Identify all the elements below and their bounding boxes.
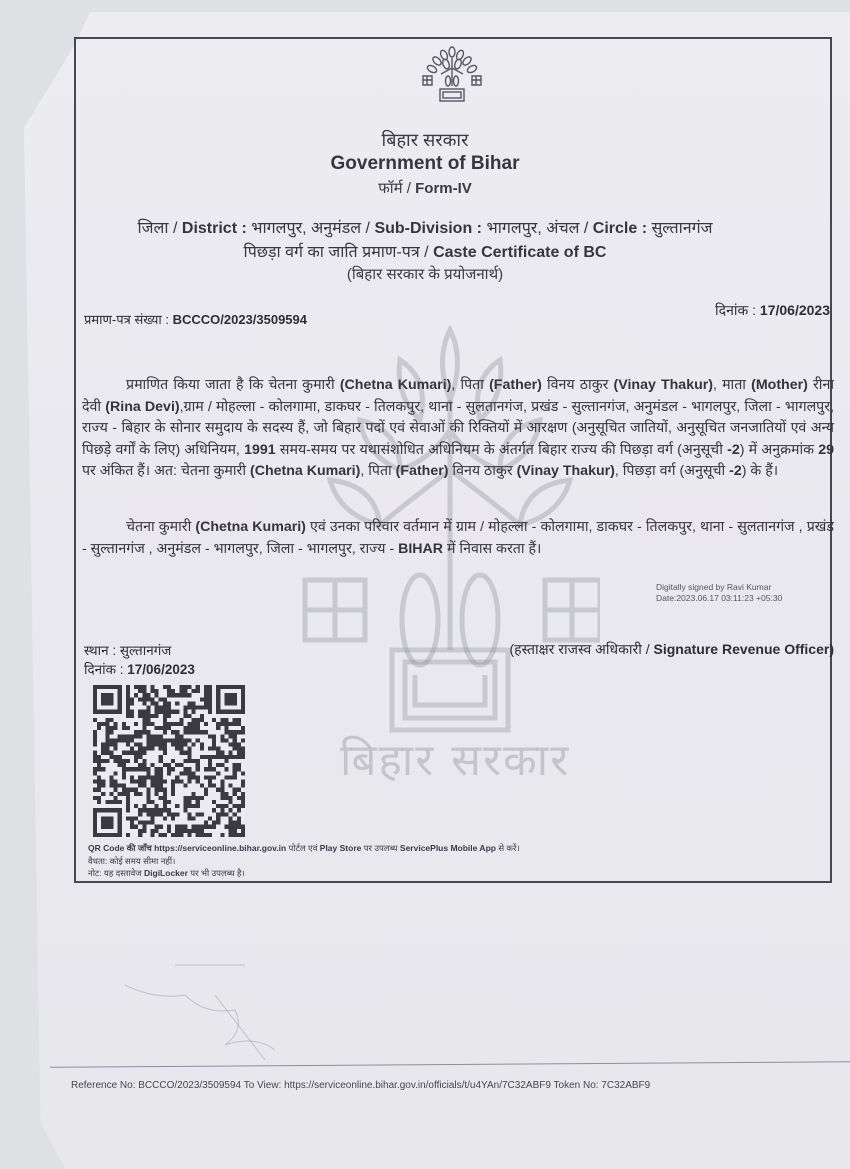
text-segment: पर अंकित हैं। अत: चेतना कुमारी (82, 463, 250, 479)
text-segment: 1991 (244, 442, 276, 458)
text-segment: BIHAR (398, 541, 443, 557)
text-segment: चेतना कुमारी (126, 519, 195, 535)
watermark-text: बिहार सरकार (340, 728, 570, 788)
digilocker-note-part: DigiLocker (144, 868, 188, 878)
qr-code-icon[interactable] (93, 685, 245, 837)
verification-notes: QR Code की जाँच https://serviceonline.bi… (88, 842, 520, 880)
text-segment: में निवास करता हैं। (443, 541, 541, 557)
digital-signature-signer: Digitally signed by Ravi Kumar (656, 582, 782, 593)
subdivision-label-hindi: अनुमंडल / (311, 220, 374, 237)
text-segment: -2 (727, 442, 740, 458)
reference-line: Reference No: BCCCO/2023/3509594 To View… (71, 1080, 650, 1091)
subdivision-label: Sub-Division : (374, 220, 482, 237)
issue-date-value: 17/06/2023 (127, 662, 195, 677)
place-line: स्थान : सुल्तानगंज (84, 641, 195, 660)
certificate-number-value: BCCCO/2023/3509594 (173, 312, 307, 327)
circle-value: सुल्तानगंज (647, 220, 712, 237)
digital-signature: Digitally signed by Ravi Kumar Date:2023… (656, 582, 782, 604)
issue-date-label: दिनांक : (84, 662, 127, 677)
certificate-number-label: प्रमाण-पत्र संख्या : (84, 312, 173, 327)
text-segment: (Chetna Kumari) (195, 519, 306, 535)
text-segment: (Mother) (751, 377, 808, 393)
title-hindi: पिछड़ा वर्ग का जाति प्रमाण-पत्र / (244, 244, 434, 261)
qr-note-part: से करें। (496, 843, 520, 853)
pencil-scribble (115, 955, 305, 1065)
bihar-emblem-icon (417, 44, 487, 106)
place-value: सुल्तानगंज (120, 643, 171, 658)
signature-label-hindi: (हस्ताक्षर राजस्व अधिकारी / (510, 641, 654, 657)
digilocker-note-part: पर भी उपलब्ध है। (188, 868, 245, 878)
digilocker-note: नोट: यह दस्तावेज DigiLocker पर भी उपलब्ध… (88, 867, 520, 880)
residence-paragraph: चेतना कुमारी (Chetna Kumari) एवं उनका पर… (82, 517, 834, 560)
state-name-hindi: बिहार सरकार (0, 128, 850, 152)
text-segment: (Chetna Kumari) (250, 463, 360, 479)
text-segment: विनय ठाकुर (542, 377, 614, 393)
qr-note-part: पोर्टल एवं (286, 843, 320, 853)
form-label-hindi: फॉर्म / (378, 180, 415, 197)
qr-note-part: पर उपलब्ध (361, 843, 400, 853)
text-segment: (Vinay Thakur) (614, 377, 713, 393)
text-segment: ) में अनुक्रमांक (740, 442, 819, 458)
certification-paragraph: प्रमाणित किया जाता है कि चेतना कुमारी (C… (82, 375, 834, 483)
qr-note-part: QR Code की जाँच https://serviceonline.bi… (88, 843, 286, 853)
text-segment: , माता (713, 377, 751, 393)
validity-note: वैधता: कोई समय सीमा नहीं। (88, 855, 520, 868)
form-number: फॉर्म / Form-IV (0, 178, 850, 198)
qr-note-part: Play Store (320, 843, 362, 853)
circle-label: Circle : (593, 220, 647, 237)
place-label: स्थान : (84, 643, 120, 658)
qr-verification-note: QR Code की जाँच https://serviceonline.bi… (88, 842, 520, 855)
signature-label-english: Signature Revenue Officer) (654, 641, 835, 657)
qr-note-part: ServicePlus Mobile App (400, 843, 496, 853)
certificate-date-label: दिनांक : (715, 302, 760, 318)
jurisdiction-line: जिला / District : भागलपुर, अनुमंडल / Sub… (0, 216, 850, 238)
issue-date-line: दिनांक : 17/06/2023 (84, 660, 195, 679)
text-segment: (Vinay Thakur) (517, 463, 615, 479)
text-segment: , पिछड़ा वर्ग (अनुसूची (615, 463, 729, 479)
certificate-purpose: (बिहार सरकार के प्रयोजनार्थ) (0, 264, 850, 284)
text-segment: प्रमाणित किया जाता है कि चेतना कुमारी (126, 377, 340, 393)
certification-text: प्रमाणित किया जाता है कि चेतना कुमारी (C… (82, 377, 834, 479)
text-segment: ) के हैं। (742, 463, 778, 479)
residence-text: चेतना कुमारी (Chetna Kumari) एवं उनका पर… (82, 519, 834, 557)
text-segment: समय-समय पर यथासंशोधित अधिनियम के अंतर्गत… (276, 442, 727, 458)
form-label-english: Form-IV (415, 180, 472, 197)
district-label-hindi: जिला / (138, 220, 182, 237)
signature-label: (हस्ताक्षर राजस्व अधिकारी / Signature Re… (510, 640, 835, 659)
text-segment: (Chetna Kumari) (340, 377, 452, 393)
state-name-english: Government of Bihar (0, 153, 850, 175)
certificate-date-value: 17/06/2023 (760, 302, 830, 318)
text-segment: , पिता (360, 463, 395, 479)
digilocker-note-part: नोट: यह दस्तावेज (88, 868, 144, 878)
certificate-number: प्रमाण-पत्र संख्या : BCCCO/2023/3509594 (84, 310, 307, 328)
subdivision-value: भागलपुर, (482, 220, 546, 237)
certificate-title: पिछड़ा वर्ग का जाति प्रमाण-पत्र / Caste … (0, 240, 850, 262)
text-segment: , पिता (451, 377, 489, 393)
district-label: District : (182, 220, 247, 237)
text-segment: (Father) (489, 377, 542, 393)
text-segment: (Rina Devi) (105, 399, 179, 415)
district-value: भागलपुर, (247, 220, 311, 237)
title-english: Caste Certificate of BC (433, 244, 606, 261)
circle-label-hindi: अंचल / (546, 220, 593, 237)
digital-signature-date: Date:2023.06.17 03:11:23 +05:30 (656, 593, 782, 604)
certificate-date: दिनांक : 17/06/2023 (715, 301, 830, 320)
text-segment: -2 (729, 463, 742, 479)
text-segment: (Father) (396, 463, 449, 479)
text-segment: 29 (818, 442, 834, 458)
text-segment: विनय ठाकुर (448, 463, 516, 479)
place-and-date: स्थान : सुल्तानगंज दिनांक : 17/06/2023 (84, 641, 195, 679)
